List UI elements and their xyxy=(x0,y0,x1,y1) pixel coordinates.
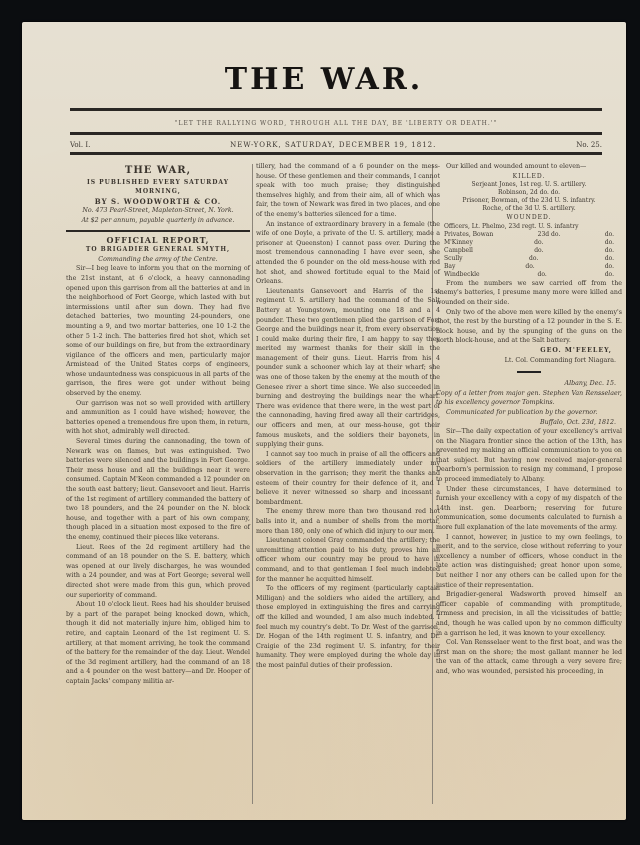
wounded-cell: M'Kinney xyxy=(444,239,473,247)
report-title: OFFICIAL REPORT, xyxy=(66,236,250,246)
wounded-list: Officers, Lt. Phelmo, 23d regt. U. S. in… xyxy=(436,223,622,279)
wounded-cell: Scully xyxy=(444,255,463,263)
wounded-cell: do. xyxy=(529,255,538,263)
volume-label: Vol. I. xyxy=(70,141,90,149)
wounded-cell: do. xyxy=(538,271,547,279)
article-paragraph: The enemy threw more than two thousand r… xyxy=(256,507,440,536)
wounded-cell: do. xyxy=(534,239,543,247)
wounded-cell: Bay xyxy=(444,263,455,271)
wounded-entry: Privates, Bowan23d do.do. xyxy=(436,231,622,239)
column-3: Our killed and wounded amount to eleven—… xyxy=(436,162,622,677)
publisher-address: No. 473 Pearl-Street, Mapleton-Street, N… xyxy=(66,206,250,216)
killed-heading: KILLED. xyxy=(436,172,622,182)
section-dash xyxy=(517,371,541,373)
letter-place-date: Buffalo, Oct. 23d, 1812. xyxy=(436,418,622,428)
article-paragraph: About 10 o'clock lieut. Rees had his sho… xyxy=(66,600,250,686)
article-paragraph: I cannot say too much in praise of all t… xyxy=(256,450,440,508)
article-paragraph: Sir—I beg leave to inform you that on th… xyxy=(66,264,250,398)
publication-schedule: IS PUBLISHED EVERY SATURDAY MORNING, xyxy=(66,178,250,197)
article-paragraph: Our garrison was not so well provided wi… xyxy=(66,399,250,437)
wounded-cell: Privates, Bowan xyxy=(444,231,493,239)
wounded-cell: do. xyxy=(605,231,614,239)
column-2: tillery, had the command of a 6 pounder … xyxy=(256,162,440,670)
issue-date: NEW-YORK, SATURDAY, DECEMBER 19, 1812. xyxy=(90,141,576,149)
wounded-cell: do. xyxy=(605,247,614,255)
article-paragraph: Under these circumstances, I have determ… xyxy=(436,485,622,533)
section-rule xyxy=(66,230,250,232)
letter-dateline: Albany, Dec. 15. xyxy=(436,379,622,389)
wounded-cell: Windbeckle xyxy=(444,271,480,279)
wounded-heading: WOUNDED. xyxy=(436,213,622,223)
wounded-cell: Officers, Lt. Phelmo, 23d regt. U. S. in… xyxy=(444,223,578,231)
wounded-cell: do. xyxy=(605,263,614,271)
publisher: BY S. WOODWORTH & CO. xyxy=(66,197,250,207)
article-paragraph: tillery, had the command of a 6 pounder … xyxy=(256,162,440,220)
report-subtitle: Commanding the army of the Centre. xyxy=(66,255,250,265)
article-paragraph: I cannot, however, in justice to my own … xyxy=(436,533,622,591)
column-1: THE WAR, IS PUBLISHED EVERY SATURDAY MOR… xyxy=(66,162,250,686)
wounded-cell: do. xyxy=(605,271,614,279)
article-paragraph: An instance of extraordinary bravery in … xyxy=(256,220,440,287)
killed-entry: Prisoner, Bowman, of the 23d U. S. infan… xyxy=(436,197,622,205)
masthead-rule-middle xyxy=(70,132,602,135)
wounded-entry: Windbeckledo.do. xyxy=(436,271,622,279)
wounded-cell: do. xyxy=(605,255,614,263)
report-recipient: TO BRIGADIER GENERAL SMYTH, xyxy=(66,245,250,255)
masthead-title: THE WAR. xyxy=(22,62,626,97)
wounded-entry: Scullydo.do. xyxy=(436,255,622,263)
masthead-rule-bottom xyxy=(70,152,602,155)
signature-title: Lt. Col. Commanding fort Niagara. xyxy=(436,356,622,366)
paper-name: THE WAR, xyxy=(66,166,250,176)
article-paragraph: Lieutenants Gansevoort and Harris of the… xyxy=(256,287,440,450)
killed-entry: Serjeant Jones, 1st reg. U. S. artillery… xyxy=(436,181,622,189)
letter-title: Copy of a letter from major gen. Stephen… xyxy=(436,389,622,408)
letter-communicated: Communicated for publication by the gove… xyxy=(436,408,622,418)
article-paragraph: Lieutenant colonel Gray commanded the ar… xyxy=(256,536,440,584)
dateline: Vol. I. NEW-YORK, SATURDAY, DECEMBER 19,… xyxy=(70,141,602,149)
wounded-entry: Campbelldo.do. xyxy=(436,247,622,255)
wounded-cell: Campbell xyxy=(444,247,473,255)
article-paragraph: Lieut. Rees of the 2d regiment artillery… xyxy=(66,543,250,601)
article-paragraph: To the officers of my regiment (particul… xyxy=(256,584,440,670)
issue-number: No. 25. xyxy=(576,141,602,149)
article-paragraph: Only two of the above men were killed by… xyxy=(436,308,622,346)
article-paragraph: Several times during the cannonading, th… xyxy=(66,437,250,543)
newspaper-page: THE WAR. "LET THE RALLYING WORD, THROUGH… xyxy=(22,22,626,820)
wounded-cell: do. xyxy=(534,247,543,255)
article-paragraph: Brigadier-general Wadsworth proved himse… xyxy=(436,590,622,638)
wounded-entry: M'Kinneydo.do. xyxy=(436,239,622,247)
subscription-terms: At $2 per annum, payable quarterly in ad… xyxy=(66,216,250,226)
wounded-cell: do. xyxy=(605,239,614,247)
signature-name: GEO. M'FEELEY, xyxy=(436,346,622,356)
wounded-cell: do. xyxy=(525,263,534,271)
masthead-motto: "LET THE RALLYING WORD, THROUGH ALL THE … xyxy=(70,120,602,127)
article-paragraph: Col. Van Rensselaer went to the first bo… xyxy=(436,638,622,676)
wounded-cell: 23d do. xyxy=(538,231,561,239)
casualty-intro: Our killed and wounded amount to eleven— xyxy=(436,162,622,172)
column-divider xyxy=(252,164,253,804)
masthead-rule-top xyxy=(70,108,602,111)
article-paragraph: From the numbers we saw carried off from… xyxy=(436,279,622,308)
wounded-entry: Baydo.do. xyxy=(436,263,622,271)
wounded-entry: Officers, Lt. Phelmo, 23d regt. U. S. in… xyxy=(436,223,622,231)
killed-entry: Roche, of the 3d U. S. artillery. xyxy=(436,205,622,213)
killed-entry: Robinson, 2d do. do. xyxy=(436,189,622,197)
killed-list: Serjeant Jones, 1st reg. U. S. artillery… xyxy=(436,181,622,213)
article-paragraph: Sir—The daily expectation of your excell… xyxy=(436,427,622,485)
